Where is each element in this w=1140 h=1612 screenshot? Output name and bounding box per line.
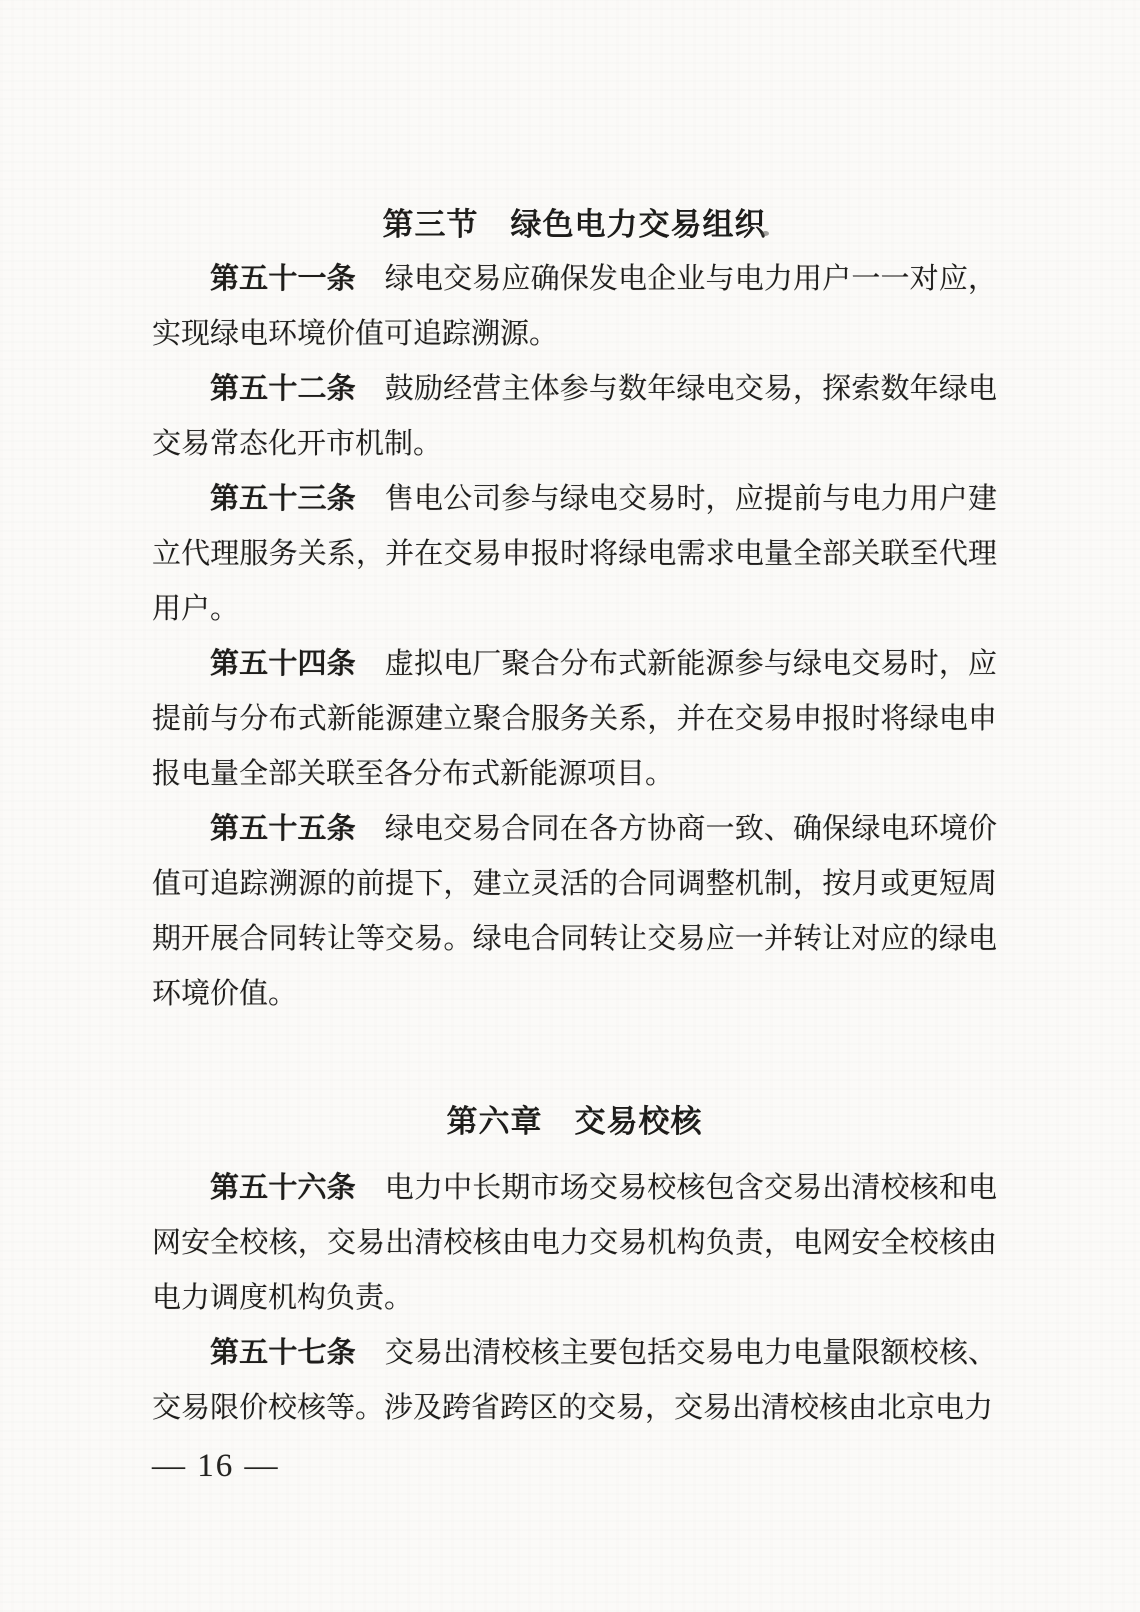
document-page: 第三节 绿色电力交易组织 第五十一条绿电交易应确保发电企业与电力用户一一对应，实… [152,0,997,1488]
chapter-heading: 第六章 交易校核 [152,1094,997,1149]
article-57-number: 第五十七条 [210,1337,356,1369]
article-57-paragraph: 第五十七条交易出清校核主要包括交易电力电量限额校核、交易限价校核等。涉及跨省跨区… [152,1326,997,1436]
scan-speck-icon [762,231,769,236]
article-51-paragraph: 第五十一条绿电交易应确保发电企业与电力用户一一对应，实现绿电环境价值可追踪溯源。 [152,252,997,362]
article-55-number: 第五十五条 [210,813,356,845]
article-52-paragraph: 第五十二条鼓励经营主体参与数年绿电交易，探索数年绿电交易常态化开市机制。 [152,362,997,472]
article-54-number: 第五十四条 [210,648,356,680]
article-52-number: 第五十二条 [210,373,356,405]
section-heading: 第三节 绿色电力交易组织 [152,197,997,252]
article-53-number: 第五十三条 [210,483,356,515]
article-56-number: 第五十六条 [210,1172,356,1204]
article-53-paragraph: 第五十三条售电公司参与绿电交易时，应提前与电力用户建立代理服务关系，并在交易申报… [152,472,997,637]
page-number: — 16 — [152,1444,997,1488]
article-54-paragraph: 第五十四条虚拟电厂聚合分布式新能源参与绿电交易时，应提前与分布式新能源建立聚合服… [152,637,997,802]
article-51-number: 第五十一条 [210,263,356,295]
article-55-paragraph: 第五十五条绿电交易合同在各方协商一致、确保绿电环境价值可追踪溯源的前提下，建立灵… [152,802,997,1022]
article-56-paragraph: 第五十六条电力中长期市场交易校核包含交易出清校核和电网安全校核，交易出清校核由电… [152,1161,997,1326]
